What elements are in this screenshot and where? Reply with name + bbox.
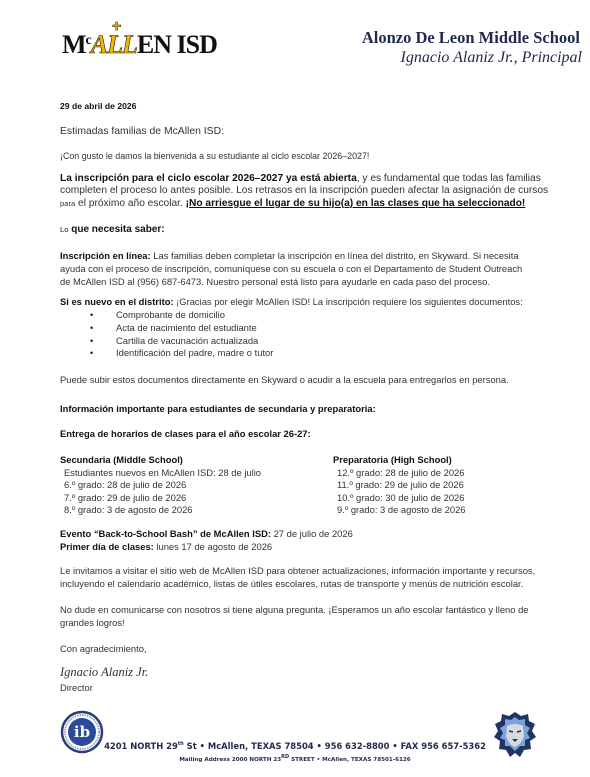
new-students-label: Si es nuevo en el distrito: [60,296,174,307]
schedule-row: Estudiantes nuevos en McAllen ISD: 28 de… [60,467,261,480]
document-item: Acta de nacimiento del estudiante [116,322,257,333]
online-line1: Las familias deben completar la inscripc… [151,250,519,261]
new-students-text: ¡Gracias por elegir McAllen ISD! La insc… [174,296,523,307]
mailing-address: Mailing Address 2000 NORTH 23RD STREET •… [0,754,590,763]
upload-text: Puede subir estos documentos directament… [60,374,540,387]
list-item: •Identificación del padre, madre o tutor [104,347,273,360]
new-students-paragraph: Si es nuevo en el distrito: ¡Gracias por… [60,296,540,309]
online-line2: ayuda con el proceso de inscripción, com… [60,263,540,276]
online-enrollment-paragraph: Inscripción en línea: Las familias deben… [60,250,540,288]
lion-mascot-logo [493,710,537,760]
visit-line2: incluyendo el calendario académico, list… [60,578,540,591]
signature-title: Director [60,682,540,695]
important-heading: Información importante para estudiantes … [60,403,540,416]
list-item: •Acta de nacimiento del estudiante [104,322,273,335]
high-school-schedule: Preparatoria (High School) 12.º grado: 2… [333,454,466,517]
address1-part-b: St • McAllen, TEXAS 78504 • 956 632-8800… [184,741,486,751]
logo-c: c [86,33,91,48]
high-school-title: Preparatoria (High School) [333,454,466,467]
logo-m: M [62,30,86,59]
bullet-icon: • [90,335,93,348]
schedule-heading: Entrega de horarios de clases para el añ… [60,428,540,441]
schedule-row: 6.º grado: 28 de julio de 2026 [60,479,261,492]
signature: Ignacio Alaniz Jr. [60,665,148,680]
back-to-school-bash: Evento “Back-to-School Bash” de McAllen … [60,528,540,541]
online-line3: de McAllen ISD al (956) 687-6473. Nuestr… [60,276,540,289]
address1-part-a: 4201 NORTH 29 [104,741,178,751]
document-item: Comprobante de domicilio [116,309,225,320]
address-line-1: 4201 NORTH 29th St • McAllen, TEXAS 7850… [0,741,590,751]
questions-line1: No dude en comunicarse con nosotros si t… [60,604,540,617]
first-day-date: lunes 17 de agosto de 2026 [154,541,272,552]
enrollment-line1: , y es fundamental que todas las familia… [357,173,541,184]
address2-part-b: STREET • McAllen, TEXAS 78501-6126 [289,757,411,763]
schedule-row: 7.º grado: 29 de julio de 2026 [60,492,261,505]
bullet-icon: • [90,322,93,335]
school-name: Alonzo De Leon Middle School [300,28,580,48]
documents-list: •Comprobante de domicilio •Acta de nacim… [104,309,273,360]
enrollment-paragraph: La inscripción para el ciclo escolar 202… [60,173,540,210]
online-label: Inscripción en línea: [60,250,151,261]
logo-wordmark: McALLEN ISD [62,30,217,60]
document-item: Cartilla de vacunación actualizada [116,335,258,346]
enrollment-line3-small: para [60,199,75,208]
address2-part-a: Mailing Address 2000 NORTH 23 [179,757,281,763]
questions-paragraph: No dude en comunicarse con nosotros si t… [60,604,540,630]
middle-school-title: Secundaria (Middle School) [60,454,261,467]
schedule-row: 10.º grado: 30 de julio de 2026 [333,492,466,505]
closing: Con agradecimiento, [60,643,540,656]
letter-date: 29 de abril de 2026 [60,100,540,113]
mcallen-isd-logo: + McALLEN ISD [62,18,222,58]
list-item: •Cartilla de vacunación actualizada [104,335,273,348]
enrollment-line3: el próximo año escolar. [75,198,185,209]
address2-sup: RD [281,754,289,760]
welcome-text: ¡Con gusto le damos la bienvenida a su e… [60,150,540,163]
need-to-know-heading: Lo que necesita saber: [60,224,540,237]
bullet-icon: • [90,347,93,360]
greeting: Estimadas familias de McAllen ISD: [60,126,540,139]
schedule-row: 8.º grado: 3 de agosto de 2026 [60,504,261,517]
visit-line1: Le invitamos a visitar el sitio web de M… [60,565,540,578]
logo-ll: LL [107,30,137,59]
need-to-know-rest: que necesita saber: [68,224,164,235]
schedule-row: 11.º grado: 29 de julio de 2026 [333,479,466,492]
middle-school-schedule: Secundaria (Middle School) Estudiantes n… [60,454,261,517]
enrollment-warning: ¡No arriesgue el lugar de su hijo(a) en … [186,198,526,209]
first-day-label: Primer día de clases: [60,541,154,552]
questions-line2: grandes logros! [60,617,540,630]
enrollment-line2: completen el proceso lo antes posible. L… [60,185,540,197]
logo-a: A [91,30,107,59]
lion-icon [493,710,537,760]
visit-paragraph: Le invitamos a visitar el sitio web de M… [60,565,540,591]
bullet-icon: • [90,309,93,322]
schedule-row: 9.º grado: 3 de agosto de 2026 [333,504,466,517]
list-item: •Comprobante de domicilio [104,309,273,322]
enrollment-lead: La inscripción para el ciclo escolar 202… [60,173,357,184]
schedule-row: 12.º grado: 28 de julio de 2026 [333,467,466,480]
bash-date: 27 de julio de 2026 [271,528,353,539]
first-day: Primer día de clases: lunes 17 de agosto… [60,541,540,554]
document-item: Identificación del padre, madre o tutor [116,347,273,358]
bash-label: Evento “Back-to-School Bash” de McAllen … [60,528,271,539]
principal-line: Ignacio Alaniz Jr., Principal [302,49,582,67]
logo-en-isd: EN ISD [137,30,217,59]
svg-text:ib: ib [74,723,90,741]
